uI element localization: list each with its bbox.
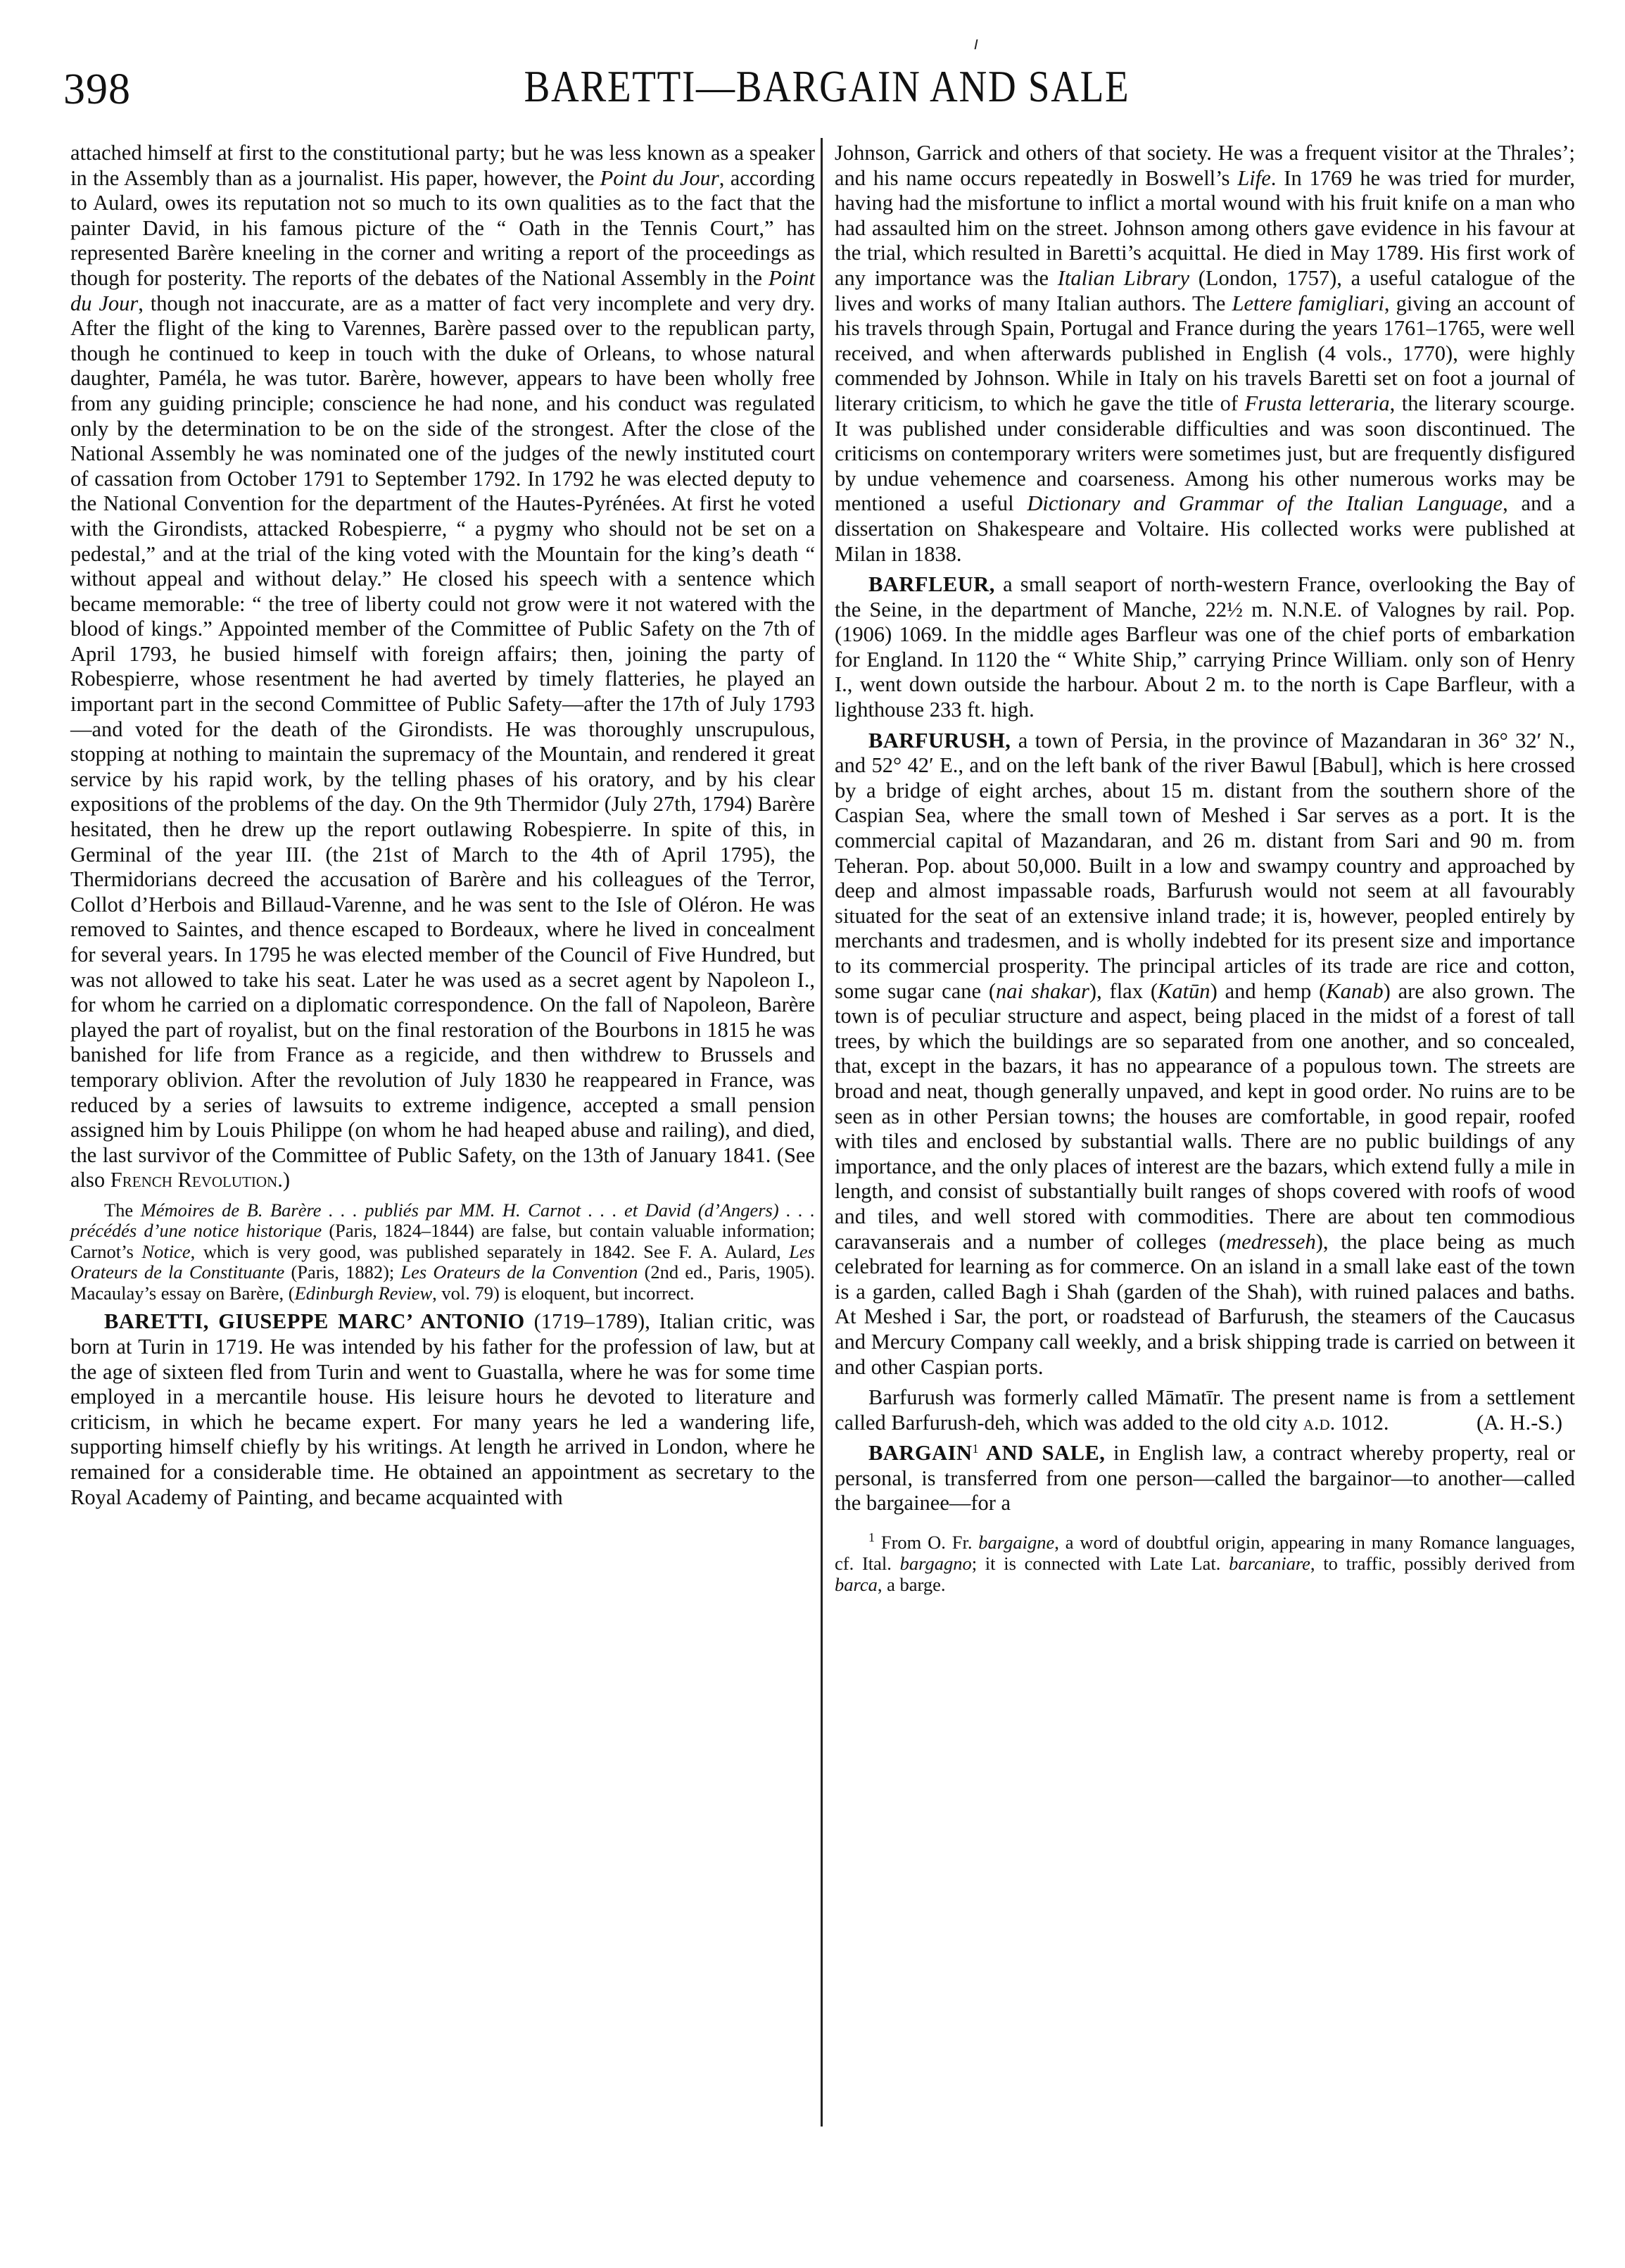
barfurush-name-paragraph: Barfurush was formerly called Māmatīr. T… (835, 1385, 1575, 1435)
author-signature: (A. H.-S.) (1443, 1411, 1562, 1436)
entry-headword: BARFURUSH, (868, 729, 1011, 752)
bargain-and-sale-article: BARGAIN1 AND SALE, in English law, a con… (835, 1441, 1575, 1516)
page-number: 398 (63, 65, 131, 114)
column-divider (821, 138, 823, 2127)
footnote: 1 From O. Fr. bargaigne, a word of doubt… (835, 1532, 1575, 1595)
right-column: Johnson, Garrick and others of that soci… (835, 141, 1575, 1595)
baretti-article: BARETTI, GIUSEPPE MARC’ ANTONIO (1719–17… (70, 1309, 815, 1510)
barfurush-article: BARFURUSH, a town of Persia, in the prov… (835, 729, 1575, 1380)
barfleur-article: BARFLEUR, a small seaport of north-weste… (835, 572, 1575, 723)
bibliography-note: The Mémoires de B. Barère . . . publiés … (70, 1200, 815, 1304)
work-title: Point du Jour (600, 166, 719, 190)
footnote-mark: 1 (868, 1530, 875, 1544)
cross-reference: French Revolution (110, 1168, 277, 1192)
entry-headword: BARETTI, GIUSEPPE MARC’ ANTONIO (104, 1309, 525, 1333)
barere-article-continued: attached himself at first to the constit… (70, 141, 815, 1193)
running-head: BARETTI—BARGAIN AND SALE (503, 61, 1151, 113)
footnote-reference[interactable]: 1 (973, 1442, 979, 1456)
printer-mark (975, 39, 978, 49)
entry-headword: BARGAIN (868, 1441, 973, 1465)
baretti-article-continued: Johnson, Garrick and others of that soci… (835, 141, 1575, 567)
entry-headword: BARFLEUR, (868, 572, 995, 596)
left-column: attached himself at first to the constit… (70, 141, 815, 1510)
